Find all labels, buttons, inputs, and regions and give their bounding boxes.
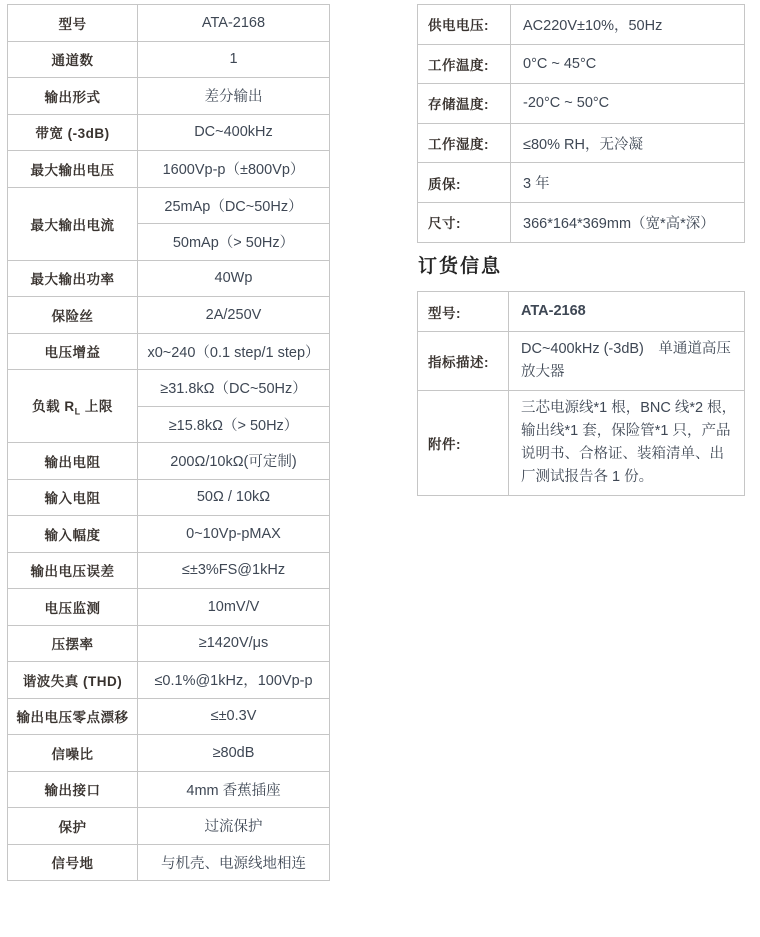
spec-row-value: 过流保护 bbox=[138, 808, 330, 845]
spec-row-value: 1600Vp-p（±800Vp） bbox=[138, 151, 330, 188]
spec-row-label: 通道数 bbox=[8, 41, 138, 78]
env-row-label: 尺寸: bbox=[418, 202, 511, 242]
table-row: 保护过流保护 bbox=[8, 808, 330, 845]
table-row: 负载 RL 上限≥31.8kΩ（DC~50Hz） bbox=[8, 370, 330, 407]
spec-row-label: 最大输出电流 bbox=[8, 187, 138, 260]
spec-row-label: 带宽 (-3dB) bbox=[8, 114, 138, 151]
table-row: 电压增益x0~240（0.1 step/1 step） bbox=[8, 333, 330, 370]
spec-row-value: ≥15.8kΩ（> 50Hz） bbox=[138, 406, 330, 443]
table-row: 存储温度:-20°C ~ 50°C bbox=[418, 84, 745, 124]
spec-row-label: 谐波失真 (THD) bbox=[8, 662, 138, 699]
table-row: 最大输出功率40Wp bbox=[8, 260, 330, 297]
env-row-label: 工作温度: bbox=[418, 44, 511, 84]
spec-row-value: 50mAp（> 50Hz） bbox=[138, 224, 330, 261]
spec-row-value: 与机壳、电源线地相连 bbox=[138, 844, 330, 881]
spec-row-label: 输出电压误差 bbox=[8, 552, 138, 589]
spec-row-label: 信号地 bbox=[8, 844, 138, 881]
spec-row-label: 保险丝 bbox=[8, 297, 138, 334]
spec-row-label: 型号 bbox=[8, 5, 138, 42]
spec-row-value: 50Ω / 10kΩ bbox=[138, 479, 330, 516]
table-row: 输出形式差分输出 bbox=[8, 78, 330, 115]
table-row: 指标描述:DC~400kHz (-3dB) 单通道高压放大器 bbox=[418, 332, 745, 391]
table-row: 电压监测10mV/V bbox=[8, 589, 330, 626]
spec-row-value: ≥1420V/μs bbox=[138, 625, 330, 662]
env-row-value: AC220V±10%，50Hz bbox=[511, 5, 745, 45]
order-row-label: 附件: bbox=[418, 391, 509, 496]
order-info-table: 型号:ATA-2168指标描述:DC~400kHz (-3dB) 单通道高压放大… bbox=[417, 291, 745, 496]
spec-row-value: ≥80dB bbox=[138, 735, 330, 772]
spec-row-label: 信噪比 bbox=[8, 735, 138, 772]
spec-row-value: ≤±0.3V bbox=[138, 698, 330, 735]
table-row: 输出电压误差≤±3%FS@1kHz bbox=[8, 552, 330, 589]
env-row-label: 存储温度: bbox=[418, 84, 511, 124]
spec-row-value: 4mm 香蕉插座 bbox=[138, 771, 330, 808]
order-row-value: DC~400kHz (-3dB) 单通道高压放大器 bbox=[509, 332, 745, 391]
env-row-value: -20°C ~ 50°C bbox=[511, 84, 745, 124]
spec-row-label: 压摆率 bbox=[8, 625, 138, 662]
spec-row-value: 0~10Vp-pMAX bbox=[138, 516, 330, 553]
order-row-value: 三芯电源线*1 根，BNC 线*2 根，输出线*1 套，保险管*1 只，产品说明… bbox=[509, 391, 745, 496]
label-text: 负载 R bbox=[32, 399, 75, 414]
table-row: 带宽 (-3dB)DC~400kHz bbox=[8, 114, 330, 151]
spec-row-value: ≤±3%FS@1kHz bbox=[138, 552, 330, 589]
spec-row-value: 2A/250V bbox=[138, 297, 330, 334]
spec-row-value: DC~400kHz bbox=[138, 114, 330, 151]
order-row-label: 型号: bbox=[418, 292, 509, 332]
spec-row-value: ≤0.1%@1kHz，100Vp-p bbox=[138, 662, 330, 699]
table-row: 输入幅度0~10Vp-pMAX bbox=[8, 516, 330, 553]
table-row: 通道数1 bbox=[8, 41, 330, 78]
spec-row-value: ≥31.8kΩ（DC~50Hz） bbox=[138, 370, 330, 407]
table-row: 附件:三芯电源线*1 根，BNC 线*2 根，输出线*1 套，保险管*1 只，产… bbox=[418, 391, 745, 496]
order-row-label: 指标描述: bbox=[418, 332, 509, 391]
spec-row-label: 输入幅度 bbox=[8, 516, 138, 553]
spec-sheet-page: 型号ATA-2168通道数1输出形式差分输出带宽 (-3dB)DC~400kHz… bbox=[0, 0, 760, 937]
table-row: 输出接口4mm 香蕉插座 bbox=[8, 771, 330, 808]
env-row-value: 3 年 bbox=[511, 163, 745, 203]
table-row: 谐波失真 (THD)≤0.1%@1kHz，100Vp-p bbox=[8, 662, 330, 699]
env-row-label: 供电电压: bbox=[418, 5, 511, 45]
spec-row-value: 25mAp（DC~50Hz） bbox=[138, 187, 330, 224]
spec-row-label: 负载 RL 上限 bbox=[8, 370, 138, 443]
table-row: 型号ATA-2168 bbox=[8, 5, 330, 42]
table-row: 保险丝2A/250V bbox=[8, 297, 330, 334]
table-row: 信号地与机壳、电源线地相连 bbox=[8, 844, 330, 881]
table-row: 输出电阻200Ω/10kΩ(可定制) bbox=[8, 443, 330, 480]
spec-row-label: 输入电阻 bbox=[8, 479, 138, 516]
spec-row-label: 输出电阻 bbox=[8, 443, 138, 480]
table-row: 质保:3 年 bbox=[418, 163, 745, 203]
order-info-heading: 订货信息 bbox=[418, 251, 502, 278]
env-row-label: 工作湿度: bbox=[418, 123, 511, 163]
env-row-label: 质保: bbox=[418, 163, 511, 203]
spec-row-label: 电压增益 bbox=[8, 333, 138, 370]
environment-table: 供电电压:AC220V±10%，50Hz工作温度:0°C ~ 45°C存储温度:… bbox=[417, 4, 745, 243]
spec-row-value: 40Wp bbox=[138, 260, 330, 297]
table-row: 最大输出电流25mAp（DC~50Hz） bbox=[8, 187, 330, 224]
spec-row-label: 保护 bbox=[8, 808, 138, 845]
env-row-value: 366*164*369mm（宽*高*深） bbox=[511, 202, 745, 242]
spec-row-value: ATA-2168 bbox=[138, 5, 330, 42]
table-row: 工作温度:0°C ~ 45°C bbox=[418, 44, 745, 84]
table-row: 供电电压:AC220V±10%，50Hz bbox=[418, 5, 745, 45]
spec-row-label: 最大输出电压 bbox=[8, 151, 138, 188]
table-row: 信噪比≥80dB bbox=[8, 735, 330, 772]
spec-row-value: 200Ω/10kΩ(可定制) bbox=[138, 443, 330, 480]
table-row: 工作湿度:≤80% RH，无冷凝 bbox=[418, 123, 745, 163]
table-row: 压摆率≥1420V/μs bbox=[8, 625, 330, 662]
spec-row-value: x0~240（0.1 step/1 step） bbox=[138, 333, 330, 370]
spec-row-value: 1 bbox=[138, 41, 330, 78]
table-row: 输出电压零点漂移≤±0.3V bbox=[8, 698, 330, 735]
env-row-value: ≤80% RH，无冷凝 bbox=[511, 123, 745, 163]
spec-row-label: 输出接口 bbox=[8, 771, 138, 808]
spec-row-label: 电压监测 bbox=[8, 589, 138, 626]
table-row: 输入电阻50Ω / 10kΩ bbox=[8, 479, 330, 516]
spec-row-label: 最大输出功率 bbox=[8, 260, 138, 297]
spec-table: 型号ATA-2168通道数1输出形式差分输出带宽 (-3dB)DC~400kHz… bbox=[7, 4, 330, 881]
table-row: 型号:ATA-2168 bbox=[418, 292, 745, 332]
table-row: 尺寸:366*164*369mm（宽*高*深） bbox=[418, 202, 745, 242]
spec-row-label: 输出电压零点漂移 bbox=[8, 698, 138, 735]
env-row-value: 0°C ~ 45°C bbox=[511, 44, 745, 84]
spec-row-value: 差分输出 bbox=[138, 78, 330, 115]
spec-row-value: 10mV/V bbox=[138, 589, 330, 626]
label-text: 上限 bbox=[81, 399, 113, 414]
spec-row-label: 输出形式 bbox=[8, 78, 138, 115]
order-row-value: ATA-2168 bbox=[509, 292, 745, 332]
table-row: 最大输出电压1600Vp-p（±800Vp） bbox=[8, 151, 330, 188]
